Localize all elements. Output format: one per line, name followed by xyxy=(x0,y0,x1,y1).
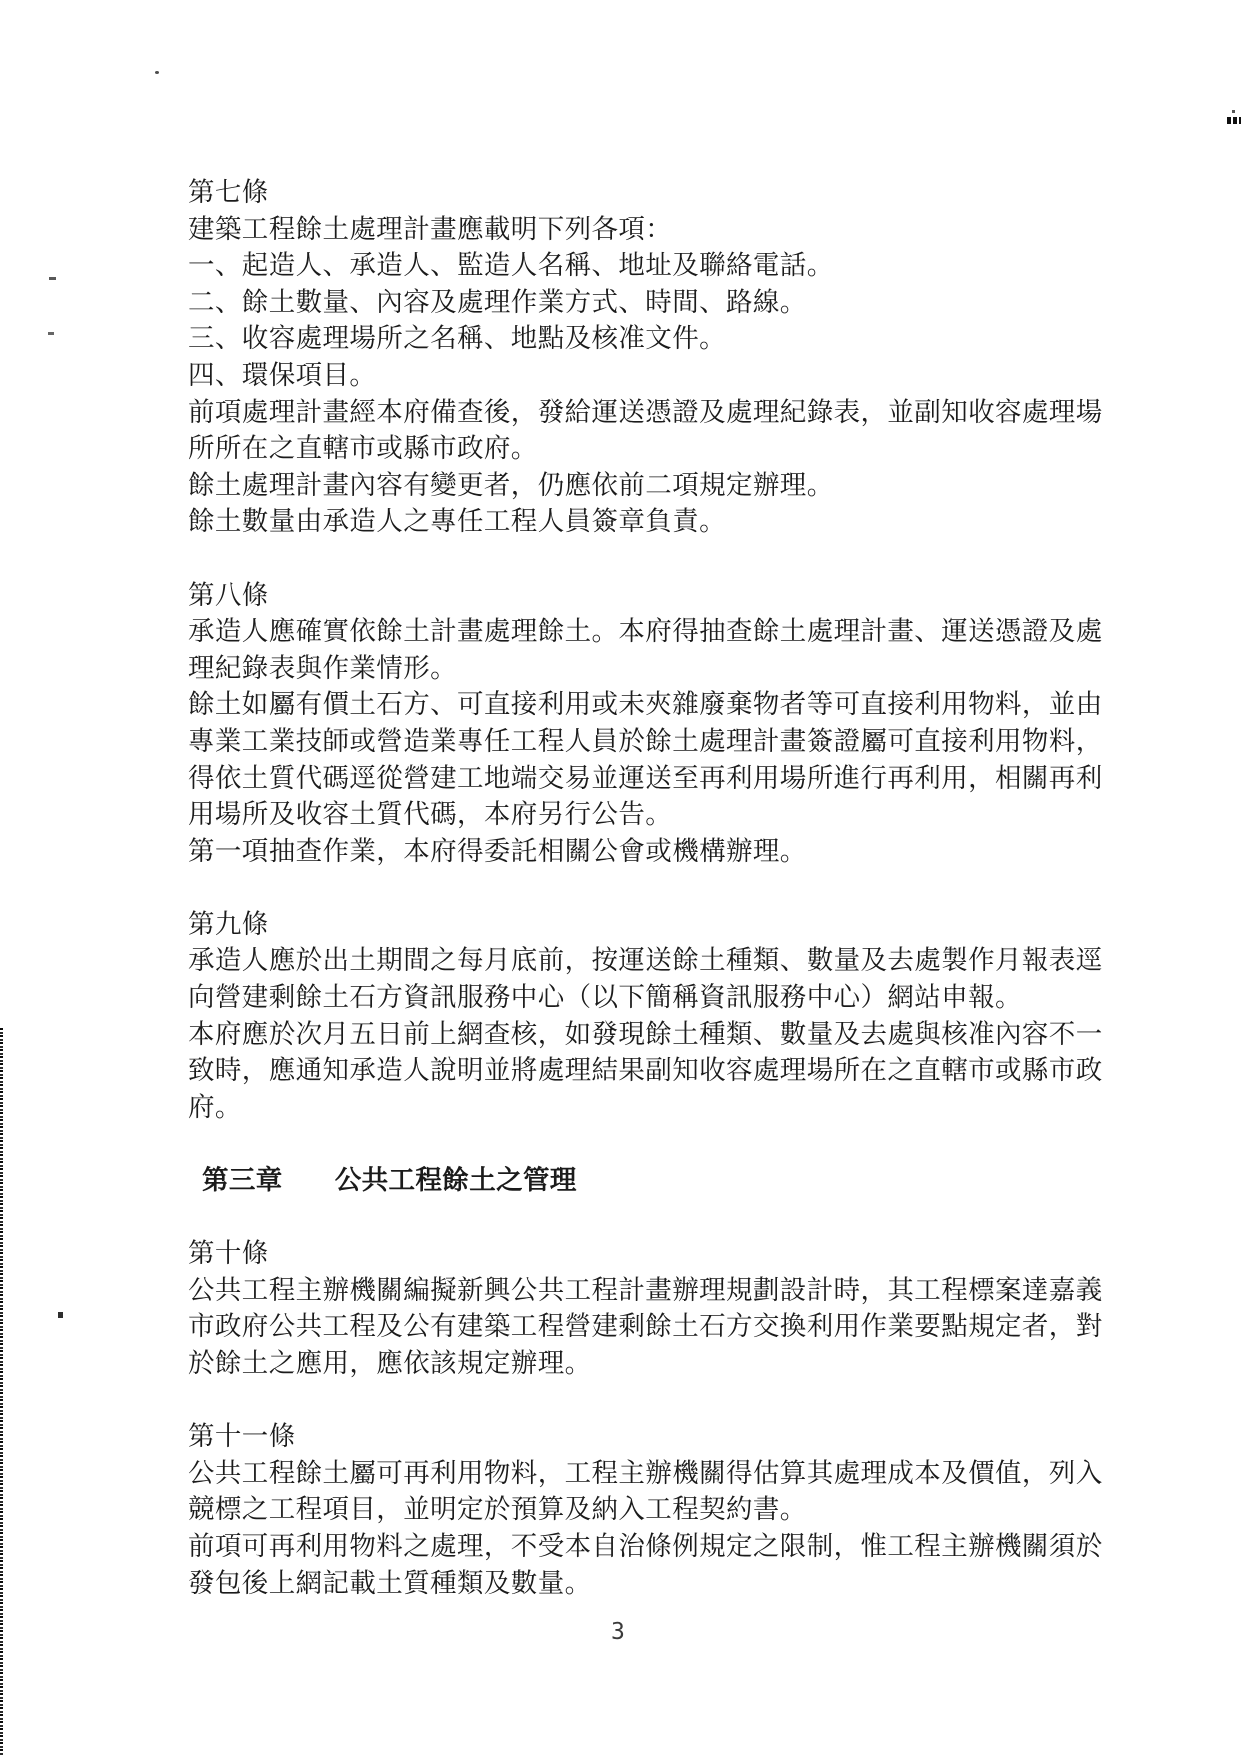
text-line: 致時，應通知承造人說明並將處理結果副知收容處理場所在之直轄市或縣市政 xyxy=(188,1053,1118,1090)
text-line: 第十一條 xyxy=(188,1419,1118,1456)
text-line: 第八條 xyxy=(188,578,1118,615)
text-line: 競標之工程項目，並明定於預算及納入工程契約書。 xyxy=(188,1492,1118,1529)
text-line: 建築工程餘土處理計畫應載明下列各項： xyxy=(188,212,1118,249)
document-body: 第七條建築工程餘土處理計畫應載明下列各項：一、起造人、承造人、監造人名稱、地址及… xyxy=(188,175,1118,1602)
text-line: 市政府公共工程及公有建築工程營建剩餘土石方交換利用作業要點規定者，對 xyxy=(188,1309,1118,1346)
page-number: 3 xyxy=(611,1619,625,1645)
article-10: 第十條公共工程主辦機關編擬新興公共工程計畫辦理規劃設計時，其工程標案達嘉義市政府… xyxy=(188,1236,1118,1382)
text-line: 四、環保項目。 xyxy=(188,358,1118,395)
text-line: 前項可再利用物料之處理，不受本自治條例規定之限制，惟工程主辦機關須於 xyxy=(188,1529,1118,1566)
text-line: 承造人應於出土期間之每月底前，按運送餘土種類、數量及去處製作月報表逕 xyxy=(188,943,1118,980)
scan-artifact-left-edge-strip xyxy=(0,1028,3,1755)
text-line: 餘土數量由承造人之專任工程人員簽章負責。 xyxy=(188,504,1118,541)
text-line: 發包後上網記載土質種類及數量。 xyxy=(188,1566,1118,1603)
text-line: 得依土質代碼逕從營建工地端交易並運送至再利用場所進行再利用，相關再利 xyxy=(188,761,1118,798)
scan-artifact-margin-dash-2 xyxy=(48,332,54,335)
chapter-number: 第三章 xyxy=(202,1163,283,1200)
scan-artifact-right-dash xyxy=(1227,117,1241,124)
text-line: 前項處理計畫經本府備查後，發給運送憑證及處理紀錄表，並副知收容處理場 xyxy=(188,395,1118,432)
text-line: 專業工業技師或營造業專任工程人員於餘土處理計畫簽證屬可直接利用物料， xyxy=(188,724,1118,761)
text-line: 向營建剩餘土石方資訊服務中心（以下簡稱資訊服務中心）網站申報。 xyxy=(188,980,1118,1017)
text-line: 於餘土之應用，應依該規定辦理。 xyxy=(188,1346,1118,1383)
text-line: 第九條 xyxy=(188,907,1118,944)
article-11: 第十一條公共工程餘土屬可再利用物料，工程主辦機關得估算其處理成本及價值，列入競標… xyxy=(188,1419,1118,1602)
text-line: 理紀錄表與作業情形。 xyxy=(188,651,1118,688)
text-line: 一、起造人、承造人、監造人名稱、地址及聯絡電話。 xyxy=(188,248,1118,285)
text-line: 用場所及收容土質代碼，本府另行公告。 xyxy=(188,797,1118,834)
chapter-3-heading: 第三章公共工程餘土之管理 xyxy=(188,1163,1118,1200)
text-line: 本府應於次月五日前上網查核，如發現餘土種類、數量及去處與核准內容不一 xyxy=(188,1017,1118,1054)
text-line: 公共工程餘土屬可再利用物料，工程主辦機關得估算其處理成本及價值，列入 xyxy=(188,1456,1118,1493)
text-line: 第一項抽查作業，本府得委託相關公會或機構辦理。 xyxy=(188,834,1118,871)
text-line: 公共工程主辦機關編擬新興公共工程計畫辦理規劃設計時，其工程標案達嘉義 xyxy=(188,1273,1118,1310)
chapter-title: 公共工程餘土之管理 xyxy=(335,1163,577,1200)
text-line: 餘土如屬有價土石方、可直接利用或未夾雜廢棄物者等可直接利用物料，並由 xyxy=(188,687,1118,724)
text-line: 第七條 xyxy=(188,175,1118,212)
text-line: 承造人應確實依餘土計畫處理餘土。本府得抽查餘土處理計畫、運送憑證及處 xyxy=(188,614,1118,651)
article-8: 第八條承造人應確實依餘土計畫處理餘土。本府得抽查餘土處理計畫、運送憑證及處理紀錄… xyxy=(188,578,1118,871)
article-9: 第九條承造人應於出土期間之每月底前，按運送餘土種類、數量及去處製作月報表逕向營建… xyxy=(188,907,1118,1127)
scan-artifact-top-dot xyxy=(155,71,159,74)
text-line: 第十條 xyxy=(188,1236,1118,1273)
text-line: 二、餘土數量、內容及處理作業方式、時間、路線。 xyxy=(188,285,1118,322)
scan-artifact-right-dot xyxy=(1232,110,1235,113)
scan-artifact-margin-dash-1 xyxy=(49,277,56,280)
chapter-heading: 第三章公共工程餘土之管理 xyxy=(188,1163,1118,1200)
text-line: 所所在之直轄市或縣市政府。 xyxy=(188,431,1118,468)
scan-artifact-margin-mark xyxy=(58,1312,63,1318)
text-line: 府。 xyxy=(188,1090,1118,1127)
text-line: 餘土處理計畫內容有變更者，仍應依前二項規定辦理。 xyxy=(188,468,1118,505)
text-line: 三、收容處理場所之名稱、地點及核准文件。 xyxy=(188,321,1118,358)
article-7: 第七條建築工程餘土處理計畫應載明下列各項：一、起造人、承造人、監造人名稱、地址及… xyxy=(188,175,1118,541)
